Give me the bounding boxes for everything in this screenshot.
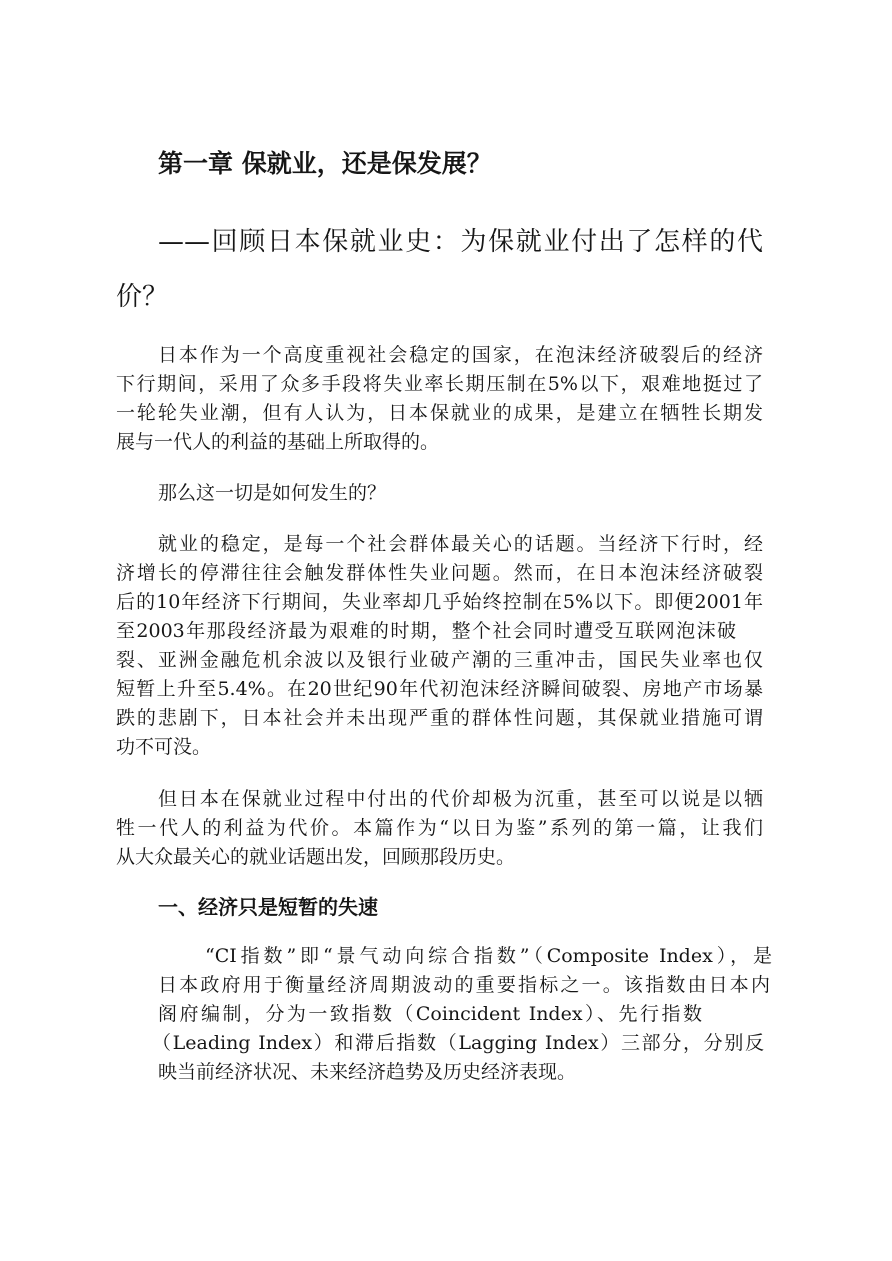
section-paragraph-line: 映当前经济状况、未来经济趋势及历史经济表现。 bbox=[158, 1063, 576, 1082]
section-paragraph-line: 阁府编制，分为一致指数（Coincident Index）、先行指数 bbox=[158, 1005, 702, 1024]
paragraph-3-line: 短暂上升至5.4%。在20世纪90年代初泡沫经济瞬间破裂、房地产市场暴 bbox=[116, 680, 763, 699]
paragraph-2-line: 那么这一切是如何发生的？ bbox=[158, 484, 386, 503]
paragraph-3-line: 就业的稳定，是每一个社会群体最关心的话题。当经济下行时，经 bbox=[158, 535, 763, 554]
paragraph-4-line: 但日本在保就业过程中付出的代价却极为沉重，甚至可以说是以牺 bbox=[158, 790, 763, 809]
paragraph-1-line: 一轮轮失业潮，但有人认为，日本保就业的成果，是建立在牺牲长期发 bbox=[116, 404, 763, 423]
paragraph-1-line: 展与一代人的利益的基础上所取得的。 bbox=[116, 433, 439, 452]
chapter-title: 第一章 保就业，还是保发展？ bbox=[158, 151, 492, 176]
paragraph-3-line: 功不可没。 bbox=[116, 738, 211, 757]
paragraph-3-line: 裂、亚洲金融危机余波以及银行业破产潮的三重冲击，国民失业率也仅 bbox=[116, 651, 763, 670]
paragraph-1-line: 日本作为一个高度重视社会稳定的国家，在泡沫经济破裂后的经济 bbox=[158, 346, 763, 365]
subtitle-line-1: ——回顾日本保就业史：为保就业付出了怎样的代 bbox=[158, 229, 763, 255]
section-heading: 一、经济只是短暂的失速 bbox=[158, 897, 378, 917]
paragraph-3-line: 后的10年经济下行期间，失业率却几乎始终控制在5%以下。即便2001年 bbox=[116, 593, 763, 612]
paragraph-4-line: 牲一代人的利益为代价。本篇作为“以日为鉴”系列的第一篇，让我们 bbox=[116, 819, 763, 838]
paragraph-3-line: 跌的悲剧下，日本社会并未出现严重的群体性问题，其保就业措施可谓 bbox=[116, 709, 763, 728]
section-paragraph-line: （Leading Index）和滞后指数（Lagging Index）三部分，分… bbox=[152, 1034, 764, 1053]
section-paragraph-line: “CI指数”即“景气动向综合指数”（Composite Index），是 bbox=[205, 947, 772, 966]
document-page: 第一章 保就业，还是保发展？ ——回顾日本保就业史：为保就业付出了怎样的代 价？… bbox=[0, 0, 892, 1261]
subtitle-line-2: 价？ bbox=[116, 284, 168, 310]
paragraph-3-line: 济增长的停滞往往会触发群体性失业问题。然而，在日本泡沫经济破裂 bbox=[116, 564, 763, 583]
section-paragraph-line: 日本政府用于衡量经济周期波动的重要指标之一。该指数由日本内 bbox=[158, 976, 770, 995]
paragraph-1-line: 下行期间，采用了众多手段将失业率长期压制在5%以下，艰难地挺过了 bbox=[116, 375, 763, 394]
paragraph-4-line: 从大众最关心的就业话题出发，回顾那段历史。 bbox=[116, 848, 515, 867]
paragraph-3-line: 至2003年那段经济最为艰难的时期，整个社会同时遭受互联网泡沫破 bbox=[116, 622, 736, 641]
